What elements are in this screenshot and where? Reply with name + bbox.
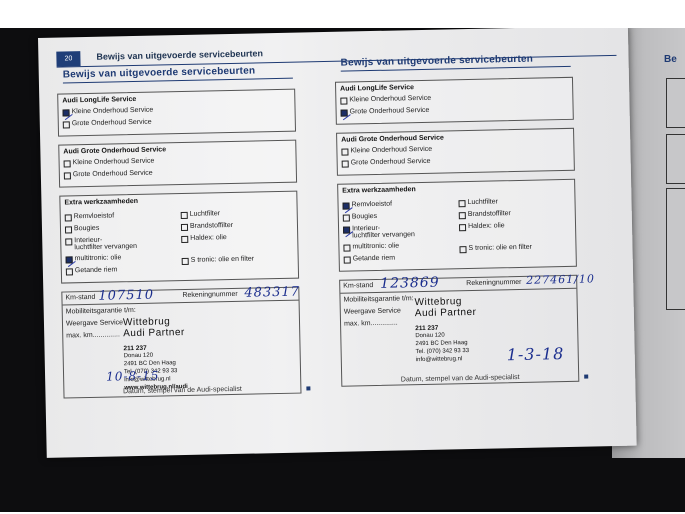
- checkbox-icon[interactable]: [459, 224, 466, 231]
- page-title: Bewijs van uitgevoerde servicebeurten: [340, 53, 570, 72]
- dealer-stamp: Wittebrug Audi Partner 211 237 Donau 120…: [415, 296, 478, 364]
- page-title: Bewijs van uitgevoerde servicebeurten: [63, 65, 293, 84]
- km-label: Km-stand: [343, 282, 373, 290]
- checkbox-icon[interactable]: [341, 149, 348, 156]
- checkbox-icon[interactable]: [63, 121, 70, 128]
- option-row[interactable]: Kleine Onderhoud Service: [64, 155, 292, 168]
- date-handwritten: 10-8-15: [106, 369, 160, 384]
- checkbox-icon[interactable]: [459, 246, 466, 253]
- option-row[interactable]: Grote Onderhoud Service: [342, 155, 570, 168]
- stamp-box: Km-stand 123869 Rekeningnummer 227461/10…: [339, 275, 579, 387]
- option-row[interactable]: Brandstoffilter: [181, 221, 293, 231]
- option-row[interactable]: Getande riem: [344, 253, 456, 263]
- display-label: Weergave Service: [66, 319, 123, 327]
- option-row[interactable]: Grote Onderhoud Service: [63, 116, 291, 129]
- km-label: Km-stand: [65, 294, 95, 302]
- extra-work-box: Extra werkzaamheden Remvloeistof Bougies…: [59, 191, 299, 284]
- box-heading: Audi Grote Onderhoud Service: [341, 132, 569, 144]
- invoice-value-handwritten: 483317: [244, 285, 300, 301]
- grote-service-box: Audi Grote Onderhoud Service Kleine Onde…: [336, 128, 575, 176]
- option-row[interactable]: Luchtfilter: [181, 209, 293, 219]
- checkbox-checked-icon[interactable]: [343, 227, 350, 234]
- option-row[interactable]: multitronic: olie: [343, 241, 455, 251]
- checkbox-icon[interactable]: [64, 160, 71, 167]
- option-row[interactable]: Kleine Onderhoud Service: [62, 104, 290, 117]
- checkbox-icon[interactable]: [181, 236, 188, 243]
- mobility-label: Mobiliteitsgarantie t/m:: [343, 295, 413, 303]
- option-row[interactable]: Haldex: olie: [181, 233, 293, 243]
- mobility-label: Mobiliteitsgarantie t/m:: [66, 307, 136, 315]
- date-handwritten: 1-3-18: [507, 344, 565, 364]
- longlife-service-box: Audi LongLife Service Kleine Onderhoud S…: [335, 77, 574, 125]
- checkbox-icon[interactable]: [344, 257, 351, 264]
- service-booklet: 20 Bewijs van uitgevoerde servicebeurten…: [38, 28, 637, 458]
- service-page-left: Bewijs van uitgevoerde servicebeurten Au…: [57, 60, 319, 450]
- display-label: Weergave Service: [344, 307, 401, 315]
- page-marker: [584, 375, 588, 379]
- checkbox-icon[interactable]: [66, 268, 73, 275]
- checkbox-icon[interactable]: [458, 200, 465, 207]
- extra-work-box: Extra werkzaamheden Remvloeistof Bougies…: [337, 179, 577, 272]
- checkbox-icon[interactable]: [181, 224, 188, 231]
- next-page-box: [666, 134, 685, 184]
- option-row[interactable]: Interieur- luchtfilter vervangen: [343, 223, 455, 239]
- stamp-footer: Datum, stempel van de Audi-specialist: [64, 385, 300, 397]
- checkbox-icon[interactable]: [343, 245, 350, 252]
- option-row[interactable]: Remvloeistof: [342, 199, 454, 209]
- option-row[interactable]: Kleine Onderhoud Service: [340, 92, 568, 105]
- stamp-footer: Datum, stempel van de Audi-specialist: [342, 373, 578, 385]
- km-value-handwritten: 123869: [380, 275, 440, 292]
- checkbox-icon[interactable]: [181, 212, 188, 219]
- box-heading: Audi LongLife Service: [62, 93, 290, 105]
- option-row[interactable]: Haldex: olie: [459, 221, 571, 231]
- option-row[interactable]: multitronic: olie: [66, 253, 178, 263]
- checkbox-icon[interactable]: [182, 258, 189, 265]
- option-row[interactable]: Kleine Onderhoud Service: [341, 143, 569, 156]
- option-row[interactable]: S tronic: olie en filter: [182, 255, 294, 265]
- checkbox-icon[interactable]: [65, 214, 72, 221]
- booklet-photo: Be 20 Bewijs van uitgevoerde servicebeur…: [0, 28, 685, 512]
- checkbox-icon[interactable]: [65, 226, 72, 233]
- page-marker: [306, 386, 310, 390]
- checkbox-icon[interactable]: [342, 161, 349, 168]
- invoice-label: Rekeningnummer: [466, 279, 521, 287]
- option-row[interactable]: S tronic: olie en filter: [459, 243, 571, 253]
- service-page-right: Bewijs van uitgevoerde servicebeurten Au…: [334, 48, 596, 438]
- checkbox-icon[interactable]: [459, 212, 466, 219]
- option-row[interactable]: Bougies: [65, 223, 177, 233]
- stamp-box: Km-stand 107510 Rekeningnummer 483317 Mo…: [61, 287, 301, 399]
- invoice-value-handwritten: 227461/10: [526, 272, 595, 286]
- checkbox-checked-icon[interactable]: [343, 203, 350, 210]
- box-heading: Audi LongLife Service: [340, 81, 568, 93]
- option-row[interactable]: Grote Onderhoud Service: [64, 167, 292, 180]
- box-heading: Audi Grote Onderhoud Service: [63, 144, 291, 156]
- checkbox-icon[interactable]: [340, 98, 347, 105]
- option-row[interactable]: Grote Onderhoud Service: [341, 104, 569, 117]
- next-page-header: Be: [664, 54, 677, 65]
- checkbox-checked-icon[interactable]: [341, 110, 348, 117]
- checkbox-checked-icon[interactable]: [63, 109, 70, 116]
- checkbox-icon[interactable]: [64, 172, 71, 179]
- max-km-label: max. km..............: [344, 320, 398, 328]
- checkbox-checked-icon[interactable]: [66, 256, 73, 263]
- next-page-box: [666, 78, 685, 128]
- next-page-box: [666, 188, 685, 310]
- checkbox-icon[interactable]: [343, 215, 350, 222]
- checkbox-icon[interactable]: [65, 238, 72, 245]
- max-km-label: max. km..............: [66, 331, 120, 339]
- option-row[interactable]: Remvloeistof: [65, 211, 177, 221]
- km-value-handwritten: 107510: [98, 288, 154, 304]
- invoice-label: Rekeningnummer: [182, 291, 237, 299]
- option-row[interactable]: Getande riem: [66, 265, 178, 275]
- option-row[interactable]: Brandstoffilter: [459, 209, 571, 219]
- option-row[interactable]: Luchtfilter: [458, 197, 570, 207]
- longlife-service-box: Audi LongLife Service Kleine Onderhoud S…: [57, 89, 296, 137]
- option-row[interactable]: Interieur- luchtfilter vervangen: [65, 235, 177, 251]
- grote-service-box: Audi Grote Onderhoud Service Kleine Onde…: [58, 140, 297, 188]
- option-row[interactable]: Bougies: [343, 211, 455, 221]
- running-header-title: Bewijs van uitgevoerde servicebeurten: [96, 48, 263, 61]
